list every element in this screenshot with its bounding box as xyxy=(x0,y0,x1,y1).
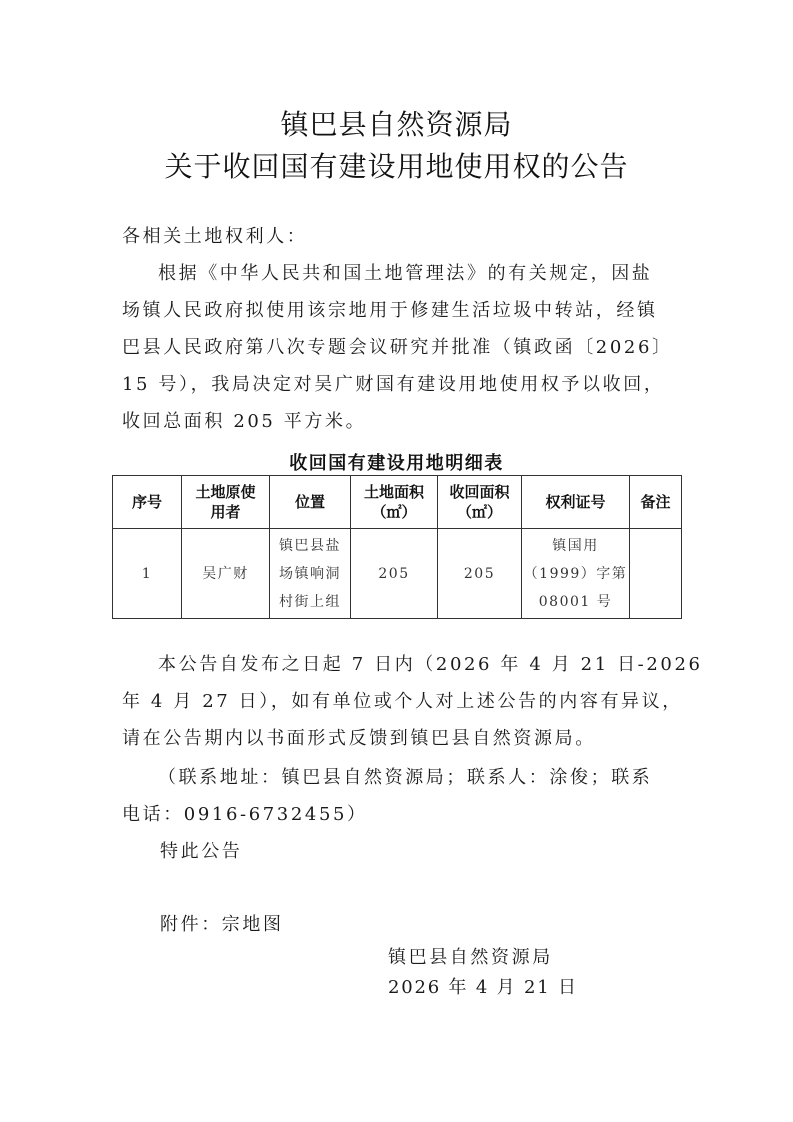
document-title-org: 镇巴县自然资源局 xyxy=(0,103,793,143)
cell-certificate: 镇国用 （1999）字第 08001 号 xyxy=(522,529,630,619)
col-header-remarks: 备注 xyxy=(630,476,682,529)
attachment-note: 附件：宗地图 xyxy=(160,910,284,936)
table-title: 收回国有建设用地明细表 xyxy=(0,449,793,475)
paragraph-line: 15 号），我局决定对吴广财国有建设用地使用权予以收回， xyxy=(122,370,664,396)
cell-land-area: 205 xyxy=(351,529,438,619)
paragraph-line: 年 4 月 27 日），如有单位或个人对上述公告的内容有异议， xyxy=(122,687,683,713)
col-header-location: 位置 xyxy=(270,476,351,529)
closing-text: 特此公告 xyxy=(160,837,242,863)
cell-location: 镇巴县盐 场镇响洞 村街上组 xyxy=(270,529,351,619)
cell-remarks xyxy=(630,529,682,619)
col-header-index: 序号 xyxy=(113,476,182,529)
cell-index: 1 xyxy=(113,529,182,619)
table-header-row: 序号 土地原使用者 位置 土地面积（㎡） 收回面积（㎡） 权利证号 备注 xyxy=(113,476,682,529)
col-header-land-area: 土地面积（㎡） xyxy=(351,476,438,529)
paragraph-line: 收回总面积 205 平方米。 xyxy=(122,407,366,433)
salutation: 各相关土地权利人： xyxy=(122,222,307,248)
cell-original-user: 吴广财 xyxy=(182,529,270,619)
col-header-reclaimed-area: 收回面积（㎡） xyxy=(438,476,522,529)
paragraph-line: 请在公告期内以书面形式反馈到镇巴县自然资源局。 xyxy=(122,724,596,750)
document-title-subject: 关于收回国有建设用地使用权的公告 xyxy=(0,145,793,185)
paragraph-line: 场镇人民政府拟使用该宗地用于修建生活垃圾中转站，经镇 xyxy=(122,296,658,322)
table-row: 1 吴广财 镇巴县盐 场镇响洞 村街上组 205 205 镇国用 （1999）字… xyxy=(113,529,682,619)
reclaimed-land-table: 序号 土地原使用者 位置 土地面积（㎡） 收回面积（㎡） 权利证号 备注 1 吴… xyxy=(112,475,682,619)
contact-line: （联系地址：镇巴县自然资源局；联系人：涂俊；联系 xyxy=(158,763,652,789)
paragraph-line: 本公告自发布之日起 7 日内（2026 年 4 月 21 日-2026 xyxy=(158,650,703,676)
cell-reclaimed-area: 205 xyxy=(438,529,522,619)
contact-line: 电话：0916-6732455） xyxy=(122,800,368,826)
paragraph-line: 根据《中华人民共和国土地管理法》的有关规定，因盐 xyxy=(158,259,652,285)
paragraph-line: 巴县人民政府第八次专题会议研究并批准（镇政函〔2026〕 xyxy=(122,333,673,359)
col-header-original-user: 土地原使用者 xyxy=(182,476,270,529)
signature-org: 镇巴县自然资源局 xyxy=(388,943,553,969)
col-header-certificate: 权利证号 xyxy=(522,476,630,529)
signature-date: 2026 年 4 月 21 日 xyxy=(388,973,578,999)
